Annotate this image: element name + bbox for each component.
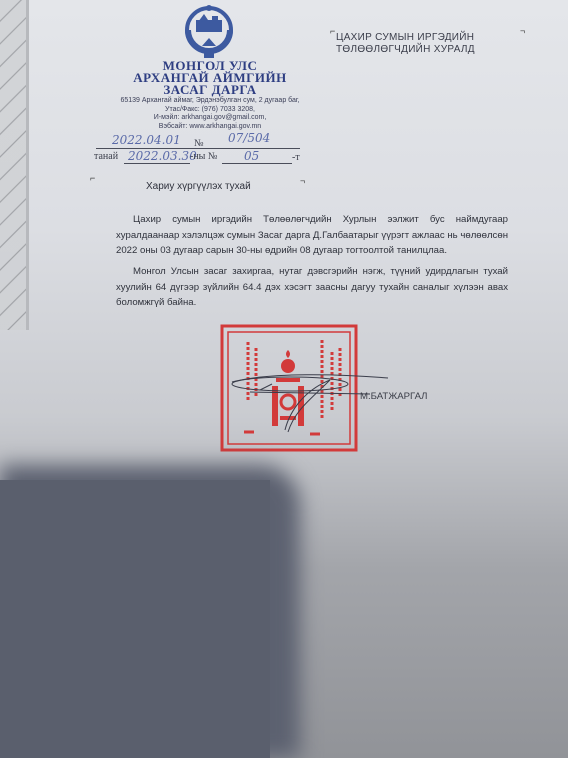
subject-line: Хариу хүргүүлэх тухай: [146, 181, 251, 192]
signatory-name: М.БАТЖАРГАЛ: [360, 391, 427, 402]
org-line-governor: ЗАСАГ ДАРГА: [90, 84, 330, 96]
outgoing-date: 2022.04.01: [112, 133, 181, 147]
end-suffix: -т: [292, 152, 300, 163]
your-date-underline: [124, 163, 190, 164]
contact-address: 65139 Архангай аймаг, Эрдэнэбулган сум, …: [90, 97, 330, 131]
your-number-underline: [222, 163, 292, 164]
corner-mark-right: ¬: [300, 176, 305, 186]
addressee: ЦАХИР СУМЫН ИРГЭДИЙН ТӨЛӨӨЛӨГЧДИЙН ХУРАЛ…: [336, 32, 516, 56]
hand-shadow: [0, 480, 270, 758]
website-line: Вэбсайт: www.arkhangai.gov.mn: [90, 123, 330, 132]
addressee-line: ТӨЛӨӨЛӨГЧДИЙН ХУРАЛД: [336, 44, 516, 56]
corner-mark-left: ⌐: [330, 26, 335, 36]
address-line: 65139 Архангай аймаг, Эрдэнэбулган сум, …: [90, 97, 330, 106]
mongolia-state-emblem-icon: [174, 4, 244, 62]
corner-mark-right: ¬: [520, 26, 525, 36]
handwritten-signature: [230, 370, 390, 440]
phone-line: Утас/Факс: (976) 7033 3208,: [90, 106, 330, 115]
your-number-label: -ны №: [190, 151, 217, 162]
body-paragraph: Цахир сумын иргэдийн Төлөөлөгчдийн Хурлы…: [116, 212, 508, 259]
number-label: №: [194, 138, 204, 149]
outgoing-number: 07/504: [228, 131, 270, 145]
your-label: танай: [94, 151, 118, 162]
underlying-paper: [0, 0, 28, 330]
your-date: 2022.03.30: [128, 149, 197, 163]
corner-mark-left: ⌐: [90, 173, 95, 183]
paper-edge: [26, 0, 29, 330]
your-number: 05: [244, 149, 259, 163]
body-paragraph: Монгол Улсын засаг захиргаа, нутаг дэвсг…: [116, 264, 508, 311]
addressee-line: ЦАХИР СУМЫН ИРГЭДИЙН: [336, 32, 516, 44]
email-line: И-мэйл: arkhangai.gov@gmail.com,: [90, 114, 330, 123]
document-photo: МОНГОЛ УЛС АРХАНГАЙ АЙМГИЙН ЗАСАГ ДАРГА …: [0, 0, 568, 758]
organization-name: МОНГОЛ УЛС АРХАНГАЙ АЙМГИЙН ЗАСАГ ДАРГА: [90, 60, 330, 96]
